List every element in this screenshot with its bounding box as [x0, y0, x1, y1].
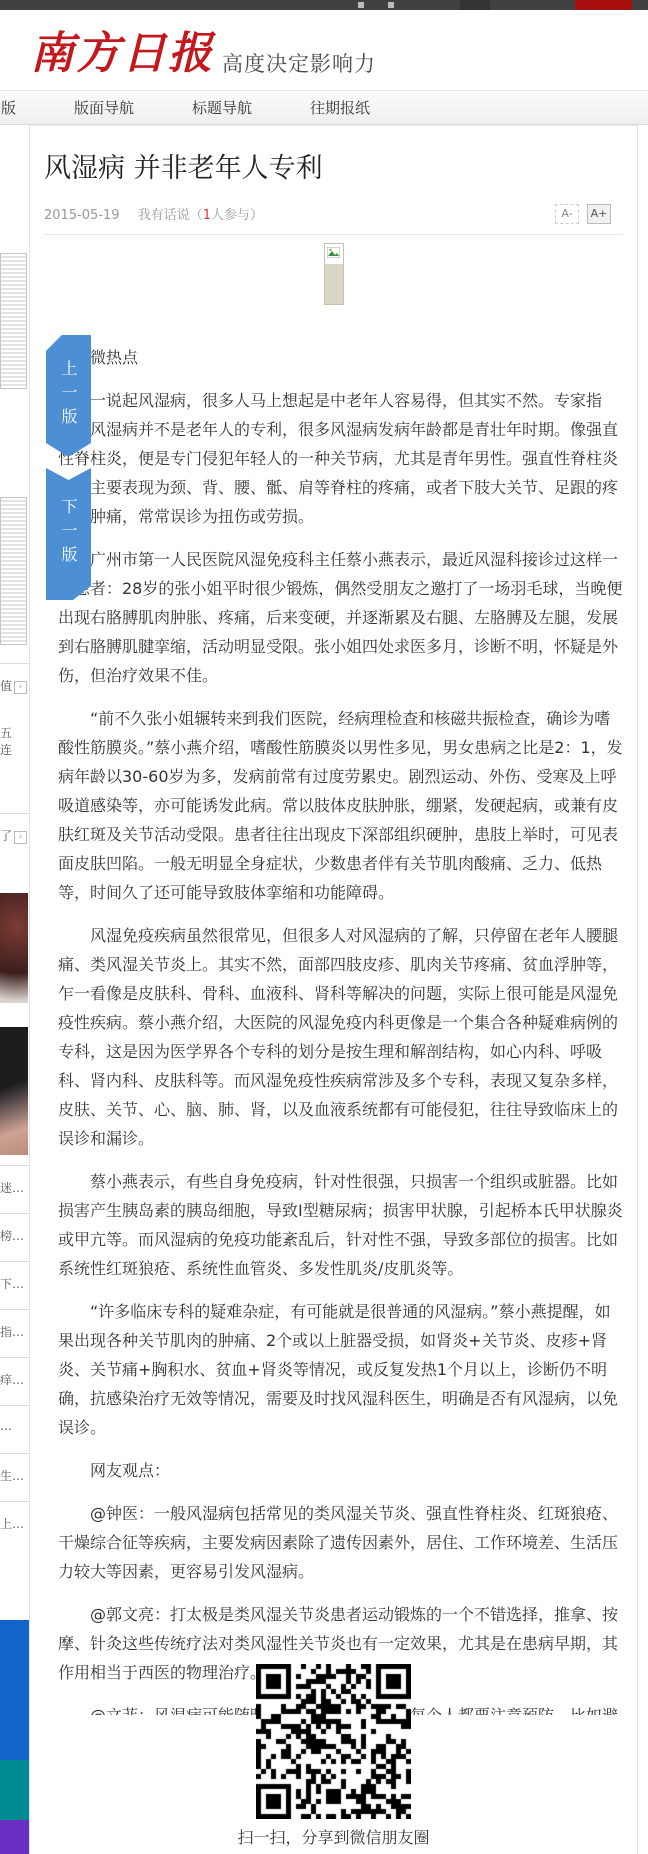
paragraph: “许多临床专科的疑难杂症，有可能就是很普通的风湿病。”蔡小燕提醒，如果出现各种关…: [58, 1297, 625, 1442]
rail-ad-block-blue[interactable]: [0, 1620, 29, 1760]
prev-page-ribbon[interactable]: 上一版: [46, 335, 91, 457]
section-label: 微热点: [58, 343, 625, 372]
prev-page-label: 上一版: [46, 360, 91, 432]
rail-link[interactable]: 痒…: [0, 1357, 29, 1403]
publish-date: 2015-05-19: [44, 208, 120, 223]
rail-link[interactable]: 榜…: [0, 1213, 29, 1259]
masthead: 南方日报 高度决定影响力: [0, 10, 648, 90]
left-rail: 值› 五 连 了› 迷… 榜… 下… 指… 痒… … 生… 上…: [0, 125, 29, 1854]
chevron-right-icon: ›: [14, 831, 27, 844]
next-page-label: 下一版: [46, 498, 91, 570]
news-photo-thumbnail[interactable]: [0, 1027, 28, 1155]
comment-link[interactable]: 我有话说（1人参与）: [138, 208, 263, 223]
chevron-right-icon: ›: [14, 681, 27, 694]
article-title: 风湿病 并非老年人专利: [44, 152, 623, 186]
rail-link[interactable]: 值›: [0, 663, 29, 709]
nav-item-past-issues[interactable]: 往期报纸: [310, 97, 370, 118]
red-action-button[interactable]: [575, 0, 632, 10]
newspaper-logo[interactable]: 南方日报: [30, 24, 214, 84]
rail-ad-block-teal[interactable]: [0, 1760, 29, 1820]
qr-code: [256, 1664, 411, 1819]
nav-item-page-guide[interactable]: 版面导航: [74, 97, 134, 118]
font-increase-button[interactable]: A+: [587, 204, 611, 224]
rail-ad-block-purple[interactable]: [0, 1820, 29, 1854]
font-size-controls: A- A+: [555, 204, 611, 224]
nav-item-title-guide[interactable]: 标题导航: [192, 97, 252, 118]
paragraph: 一说起风湿病，很多人马上想起是中老年人容易得，但其实不然。专家指出，风湿病并不是…: [58, 386, 625, 531]
newspaper-page-thumbnail[interactable]: [0, 253, 27, 389]
paragraph: 风湿免疫疾病虽然很常见，但很多人对风湿病的了解，只停留在老年人腰腿痛、类风湿关节…: [58, 921, 625, 1153]
news-photo-thumbnail[interactable]: [0, 893, 28, 1003]
broken-image-icon: [324, 243, 344, 305]
article-header: 风湿病 并非老年人专利 2015-05-19 我有话说（1人参与） A- A+: [30, 152, 637, 305]
rail-link[interactable]: 生…: [0, 1453, 29, 1499]
main-nav: 头版 版面导航 标题导航 往期报纸: [0, 90, 648, 125]
paragraph: “前不久张小姐辗转来到我们医院，经病理检查和核磁共振检查，确诊为嗜酸性筋膜炎。”…: [58, 704, 625, 907]
next-page-ribbon[interactable]: 下一版: [46, 468, 91, 600]
browser-top-bar: [0, 0, 648, 10]
opinion-paragraph: @钟医：一般风湿病包括常见的类风湿关节炎、强直性脊柱炎、红斑狼疮、干燥综合征等疾…: [58, 1499, 625, 1586]
paragraph: 蔡小燕表示，有些自身免疫病，针对性很强，只损害一个组织或脏器。比如损害产生胰岛素…: [58, 1167, 625, 1283]
newspaper-slogan: 高度决定影响力: [222, 48, 376, 78]
rail-link[interactable]: 连: [0, 739, 29, 779]
active-tab-fragment[interactable]: [460, 0, 490, 10]
newspaper-page-thumbnail[interactable]: [0, 497, 27, 645]
nav-item-front-page[interactable]: 头版: [0, 97, 16, 118]
font-decrease-button[interactable]: A-: [555, 204, 579, 224]
paragraph: 广州市第一人民医院风湿免疫科主任蔡小燕表示，最近风湿科接诊过这样一个患者：28岁…: [58, 545, 625, 690]
divider: [44, 234, 623, 235]
article-meta: 2015-05-19 我有话说（1人参与） A- A+: [44, 204, 623, 226]
article-panel: 风湿病 并非老年人专利 2015-05-19 我有话说（1人参与） A- A+ …: [29, 125, 638, 1854]
window-controls-icon: [358, 2, 408, 8]
qr-caption: 扫一扫，分享到微信朋友圈: [30, 1825, 637, 1848]
rail-link[interactable]: 迷…: [0, 1165, 29, 1211]
article-body: 微热点 一说起风湿病，很多人马上想起是中老年人容易得，但其实不然。专家指出，风湿…: [30, 305, 637, 1715]
page: 南方日报 高度决定影响力 头版 版面导航 标题导航 往期报纸 值› 五 连 了›…: [0, 0, 648, 1854]
rail-link[interactable]: 五: [0, 711, 29, 739]
rail-link[interactable]: 下…: [0, 1261, 29, 1307]
comment-count: 1: [203, 208, 211, 223]
rail-link[interactable]: 上…: [0, 1501, 29, 1547]
share-section: 扫一扫，分享到微信朋友圈: [30, 1664, 637, 1848]
rail-link[interactable]: 了›: [0, 813, 29, 859]
opinions-label: 网友观点：: [58, 1456, 625, 1485]
rail-link[interactable]: 指…: [0, 1309, 29, 1355]
rail-link[interactable]: …: [0, 1405, 29, 1451]
